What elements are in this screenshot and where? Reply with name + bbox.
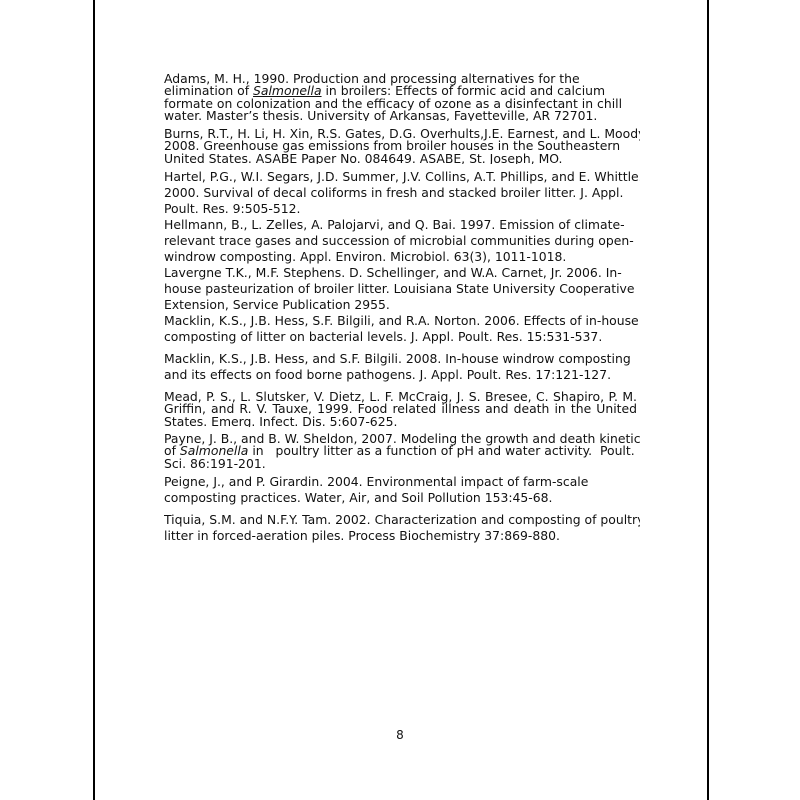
reference-hartel: Hartel, P.G., W.I. Segars, J.D. Summer, …	[164, 169, 640, 218]
reference-line: Tiquia, S.M. and N.F.Y. Tam. 2002. Chara…	[164, 512, 640, 528]
text-run: Lavergne T.K., M.F. Stephens. D. Schelli…	[164, 265, 622, 280]
reference-line: Sci. 86:191-201.	[164, 458, 640, 470]
text-run: relevant trace gases and succession of m…	[164, 233, 634, 248]
reference-mead: Mead, P. S., L. Slutsker, V. Dietz, L. F…	[164, 391, 637, 427]
reference-line: windrow composting. Appl. Environ. Micro…	[164, 249, 640, 265]
reference-line: composting practices. Water, Air, and So…	[164, 490, 640, 506]
reference-line: Poult. Res. 9:505-512.	[164, 201, 640, 217]
text-run: composting of litter on bacterial levels…	[164, 329, 602, 344]
reference-line: composting of litter on bacterial levels…	[164, 329, 640, 345]
page-number: 8	[394, 728, 406, 742]
reference-line: States. Emerg. Infect. Dis. 5:607-625.	[164, 416, 637, 427]
text-run: Hartel, P.G., W.I. Segars, J.D. Summer, …	[164, 169, 640, 184]
reference-lavergne: Lavergne T.K., M.F. Stephens. D. Schelli…	[164, 265, 640, 314]
reference-tiquia: Tiquia, S.M. and N.F.Y. Tam. 2002. Chara…	[164, 512, 640, 544]
reference-line: water. Master’s thesis. University of Ar…	[164, 110, 640, 121]
text-run: Peigne, J., and P. Girardin. 2004. Envir…	[164, 474, 588, 489]
reference-line: 2000. Survival of decal coliforms in fre…	[164, 185, 640, 201]
text-run: water. Master’s thesis. University of Ar…	[164, 108, 597, 121]
text-run: and its effects on food borne pathogens.…	[164, 367, 611, 382]
reference-line: and its effects on food borne pathogens.…	[164, 367, 640, 383]
reference-line: Hellmann, B., L. Zelles, A. Palojarvi, a…	[164, 217, 640, 233]
text-run: litter in forced-aeration piles. Process…	[164, 528, 560, 543]
text-run: house pasteurization of broiler litter. …	[164, 281, 634, 296]
text-run: 2000. Survival of decal coliforms in fre…	[164, 185, 623, 200]
text-run: composting practices. Water, Air, and So…	[164, 490, 552, 505]
text-run: Extension, Service Publication 2955.	[164, 297, 390, 312]
reference-macklin-2006: Macklin, K.S., J.B. Hess, S.F. Bilgili, …	[164, 313, 640, 345]
text-run: Macklin, K.S., J.B. Hess, and S.F. Bilgi…	[164, 351, 631, 366]
reference-adams: Adams, M. H., 1990. Production and proce…	[164, 73, 640, 121]
reference-payne: Payne, J. B., and B. W. Sheldon, 2007. M…	[164, 433, 640, 470]
text-run: United States. ASABE Paper No. 084649. A…	[164, 151, 562, 164]
reference-line: United States. ASABE Paper No. 084649. A…	[164, 153, 640, 164]
reference-line: relevant trace gases and succession of m…	[164, 233, 640, 249]
reference-line: house pasteurization of broiler litter. …	[164, 281, 640, 297]
reference-line: Macklin, K.S., J.B. Hess, S.F. Bilgili, …	[164, 313, 640, 329]
text-run: Hellmann, B., L. Zelles, A. Palojarvi, a…	[164, 217, 625, 232]
reference-hellmann: Hellmann, B., L. Zelles, A. Palojarvi, a…	[164, 217, 640, 266]
reference-line: Hartel, P.G., W.I. Segars, J.D. Summer, …	[164, 169, 640, 185]
reference-line: litter in forced-aeration piles. Process…	[164, 528, 640, 544]
text-run: in poultry litter as a function of pH an…	[248, 443, 634, 458]
reference-line: Peigne, J., and P. Girardin. 2004. Envir…	[164, 474, 640, 490]
reference-line: Lavergne T.K., M.F. Stephens. D. Schelli…	[164, 265, 640, 281]
reference-macklin-2008: Macklin, K.S., J.B. Hess, and S.F. Bilgi…	[164, 351, 640, 383]
text-run: Sci. 86:191-201.	[164, 456, 266, 470]
reference-line: Extension, Service Publication 2955.	[164, 297, 640, 313]
reference-burns: Burns, R.T., H. Li, H. Xin, R.S. Gates, …	[164, 128, 640, 164]
reference-line: Macklin, K.S., J.B. Hess, and S.F. Bilgi…	[164, 351, 640, 367]
text-run: Poult. Res. 9:505-512.	[164, 201, 300, 216]
reference-peigne: Peigne, J., and P. Girardin. 2004. Envir…	[164, 474, 640, 506]
text-run: Tiquia, S.M. and N.F.Y. Tam. 2002. Chara…	[164, 512, 640, 527]
text-run: windrow composting. Appl. Environ. Micro…	[164, 249, 566, 264]
text-run: Macklin, K.S., J.B. Hess, S.F. Bilgili, …	[164, 313, 639, 328]
